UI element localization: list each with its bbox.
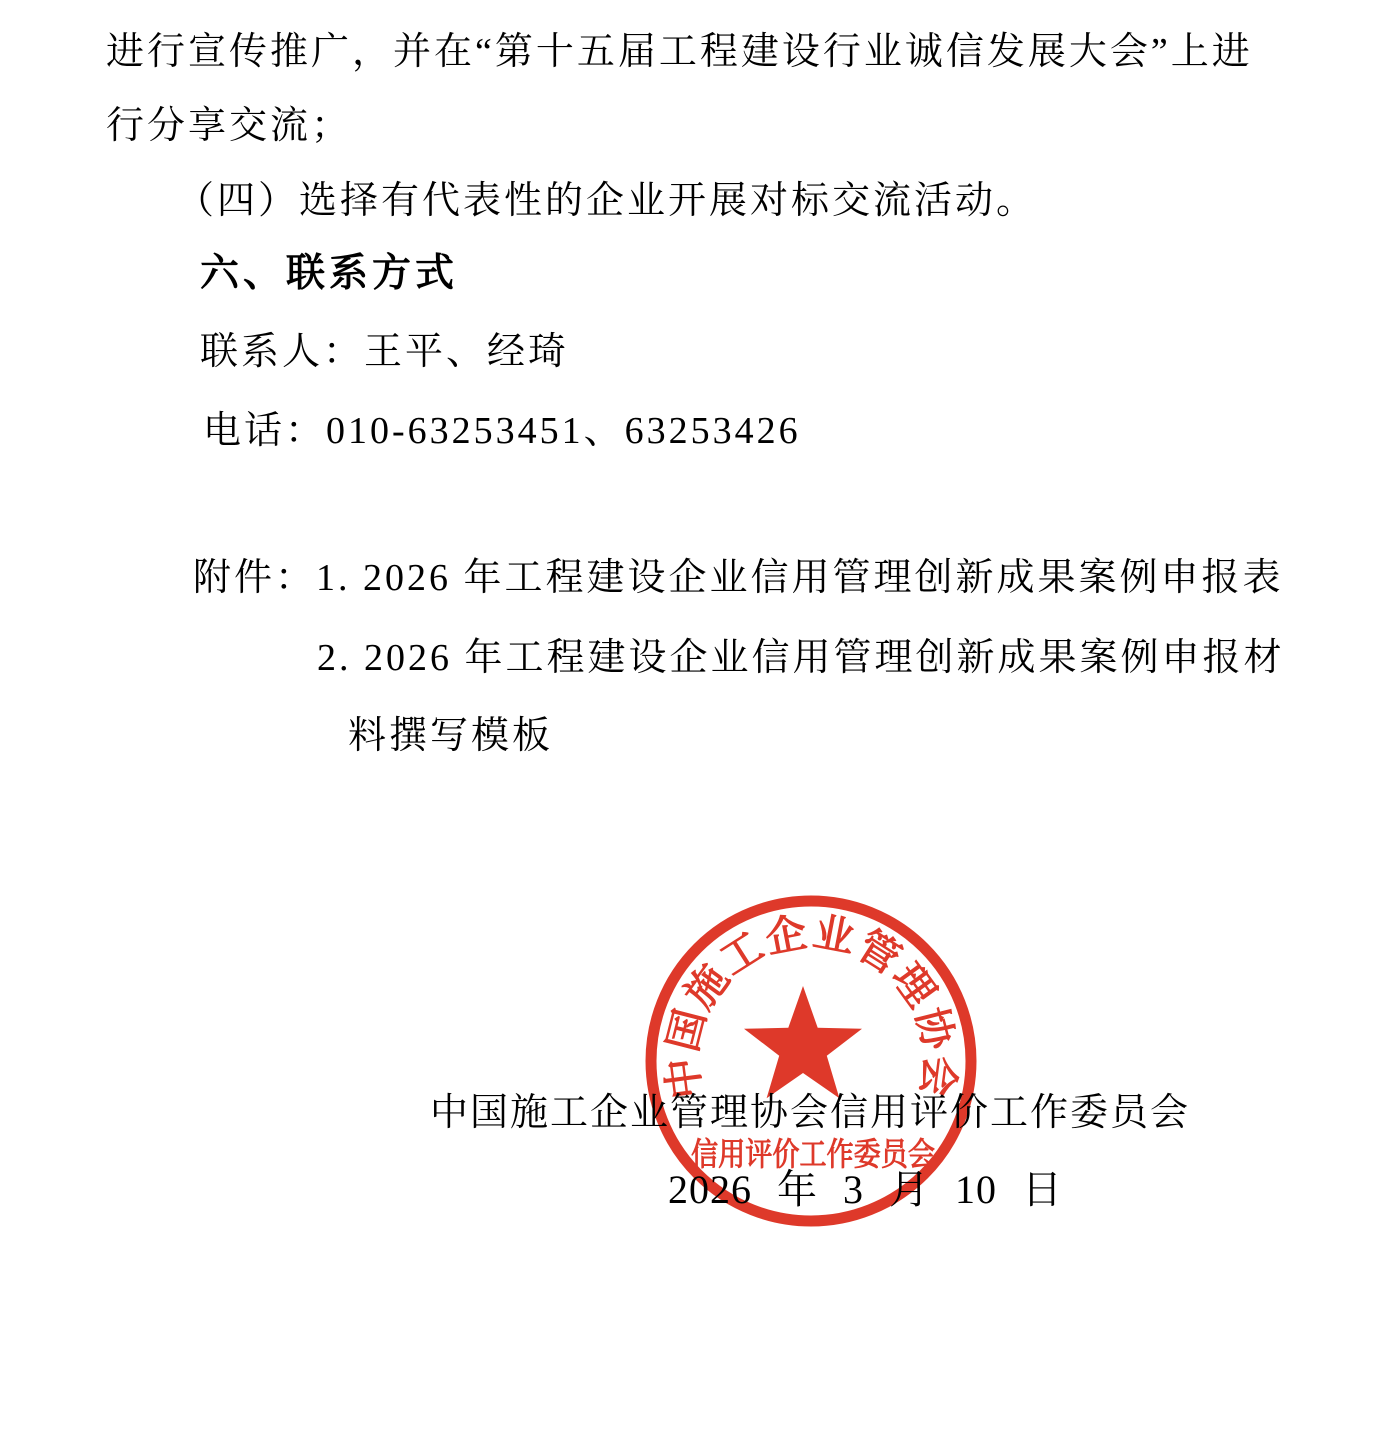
date-line: 2026 年 3 月 10 日 xyxy=(668,1166,1063,1213)
document-page: 中国施工企业管理协会 信用评价工作委员会 进行宣传推广，并在“第十五届工程建设行… xyxy=(0,0,1387,1435)
attachments-row: 附件：1. 2026 年工程建设企业信用管理创新成果案例申报表 xyxy=(193,556,1284,601)
paragraph-line-1: 进行宣传推广，并在“第十五届工程建设行业诚信发展大会”上进 xyxy=(106,30,1253,75)
star-icon xyxy=(744,986,862,1098)
paragraph-line-2: 行分享交流； xyxy=(106,104,352,149)
contact-person-line: 联系人：王平、经琦 xyxy=(200,330,569,375)
list-item-four: （四）选择有代表性的企业开展对标交流活动。 xyxy=(176,179,1037,224)
attachment-item-1: 1. 2026 年工程建设企业信用管理创新成果案例申报表 xyxy=(316,556,1284,601)
attachments-label: 附件： xyxy=(193,556,316,601)
section-heading-contact: 六、联系方式 xyxy=(200,251,458,297)
phone-line: 电话：010-63253451、63253426 xyxy=(203,409,801,454)
signature-line: 中国施工企业管理协会信用评价工作委员会 xyxy=(430,1091,1190,1136)
attachment-item-2-line-2: 料撰写模板 xyxy=(348,714,553,759)
attachment-item-2-line-1: 2. 2026 年工程建设企业信用管理创新成果案例申报材 xyxy=(317,636,1285,681)
